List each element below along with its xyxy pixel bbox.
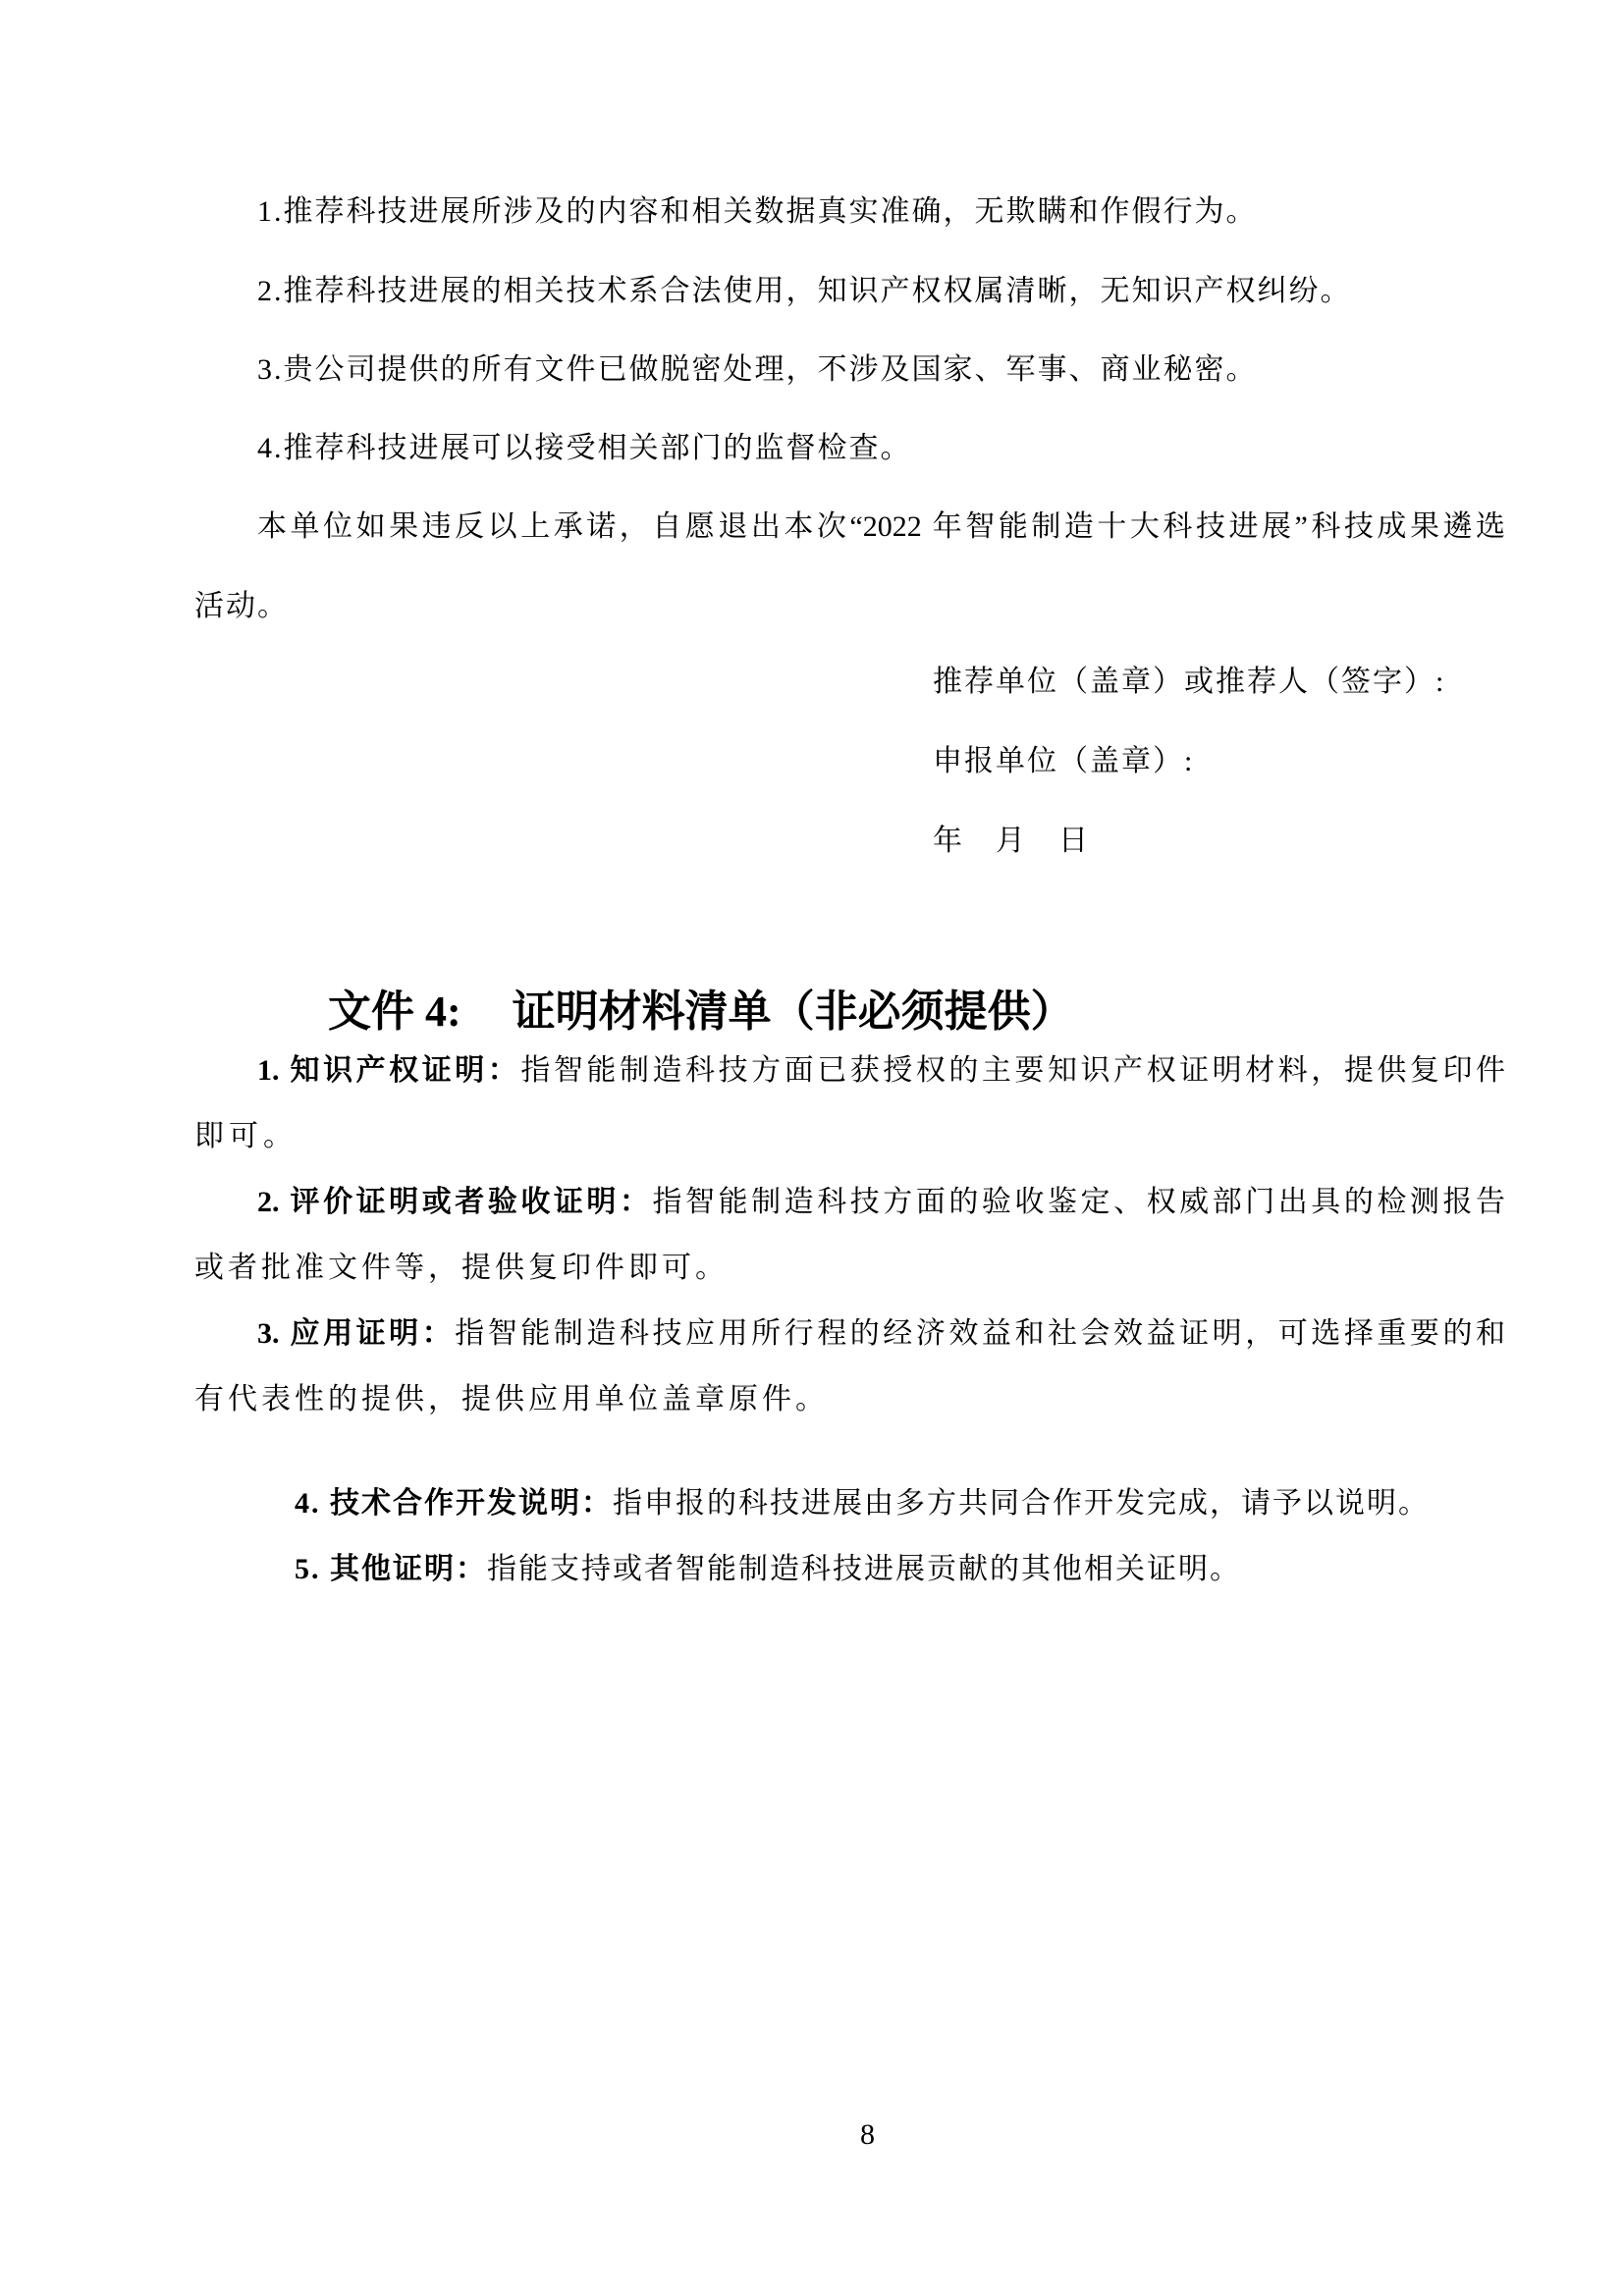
recommender-signature-line: 推荐单位（盖章）或推荐人（签字）: <box>933 663 1445 701</box>
material-item-2-text: 指智能制造科技方面的验收鉴定、权威部门出具的检测报告 <box>653 1186 1506 1218</box>
page-number: 8 <box>860 2118 875 2152</box>
material-item-1-line-2: 即可。 <box>194 1117 298 1155</box>
closing-paragraph-line-1: 本单位如果违反以上承诺，自愿退出本次“2022 年智能制造十大科技进展”科技成果… <box>257 507 1505 546</box>
material-item-3-label: 3. 应用证明： <box>257 1317 455 1350</box>
material-item-1-label: 1. 知识产权证明： <box>257 1054 520 1087</box>
material-item-2-line-1: 2. 评价证明或者验收证明：指智能制造科技方面的验收鉴定、权威部门出具的检测报告 <box>257 1183 1505 1221</box>
material-item-3-line-2: 有代表性的提供，提供应用单位盖章原件。 <box>194 1380 829 1418</box>
material-item-5-text: 指能支持或者智能制造科技进展贡献的其他相关证明。 <box>487 1553 1241 1585</box>
material-item-1-line-1: 1. 知识产权证明：指智能制造科技方面已获授权的主要知识产权证明材料，提供复印件 <box>257 1051 1505 1090</box>
material-item-1-text: 指智能制造科技方面已获授权的主要知识产权证明材料，提供复印件 <box>520 1054 1505 1087</box>
section-title-number: 文件 4: <box>328 988 461 1036</box>
material-item-2-line-2: 或者批准文件等，提供复印件即可。 <box>194 1249 729 1287</box>
date-line: 年 月 日 <box>933 822 1090 860</box>
material-item-2-label: 2. 评价证明或者验收证明： <box>257 1186 653 1218</box>
material-item-3-line-1: 3. 应用证明：指智能制造科技应用所行程的经济效益和社会效益证明，可选择重要的和 <box>257 1314 1505 1353</box>
material-item-3-text: 指智能制造科技应用所行程的经济效益和社会效益证明，可选择重要的和 <box>455 1317 1505 1350</box>
closing-paragraph-line-2: 活动。 <box>194 587 289 625</box>
commitment-item-3: 3.贵公司提供的所有文件已做脱密处理，不涉及国家、军事、商业秘密。 <box>257 350 1258 389</box>
document-page: 1.推荐科技进展所涉及的内容和相关数据真实准确，无欺瞒和作假行为。 2.推荐科技… <box>0 0 1624 2296</box>
material-item-5-label: 5. 其他证明： <box>295 1553 487 1585</box>
section-title-text: 证明材料清单（非必须提供） <box>513 988 1074 1036</box>
commitment-item-1: 1.推荐科技进展所涉及的内容和相关数据真实准确，无欺瞒和作假行为。 <box>257 192 1258 231</box>
commitment-item-4: 4.推荐科技进展可以接受相关部门的监督检查。 <box>257 429 912 467</box>
applicant-signature-line: 申报单位（盖章）: <box>933 742 1194 780</box>
material-item-5: 5. 其他证明：指能支持或者智能制造科技进展贡献的其他相关证明。 <box>257 1512 1241 1627</box>
commitment-item-2: 2.推荐科技进展的相关技术系合法使用，知识产权权属清晰，无知识产权纠纷。 <box>257 272 1352 310</box>
